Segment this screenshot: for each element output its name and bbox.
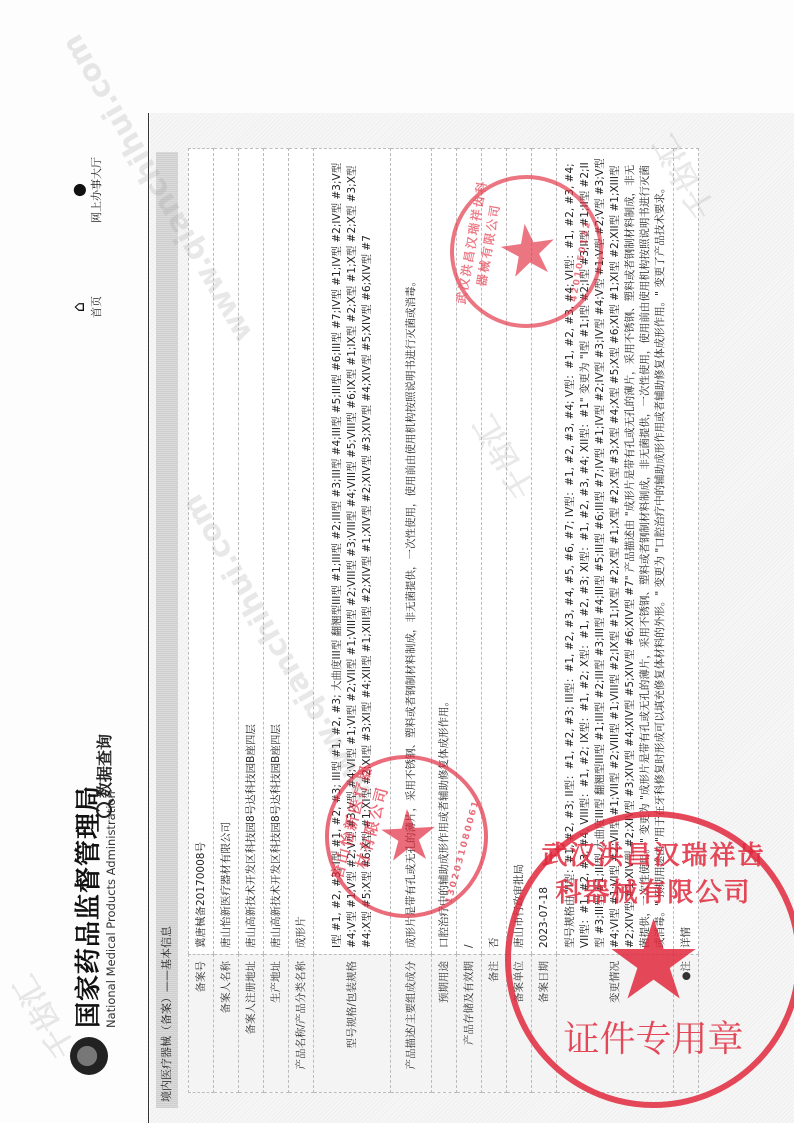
row-label: 预期用途 [432,955,457,1093]
table-row: 型号规格/包装规格 I型 #1, #2, #3; I型 #1, #2, #3; … [314,149,391,1093]
stamp-subtitle: 证件专用章 [511,1011,794,1062]
brand-title-cn: 国家药品监督管理局 [68,785,105,1028]
row-label: 产品描述/主要组成成分 [391,955,432,1093]
row-label: 型号规格/包装规格 [314,955,391,1093]
row-label: 备注 [482,955,507,1093]
data-query-link[interactable]: 数据查询 [92,734,115,818]
nav-online-hall-label: 网上办事大厅 [88,157,104,223]
row-value: 唐山怡新医疗器材有限公司 [214,149,239,955]
row-value: 冀唐械备20170008号 [189,149,214,955]
home-icon: ⌂ [70,302,88,312]
brand-title-en: National Medical Products Administration [104,791,118,1028]
row-label: 生产地址 [264,955,289,1093]
row-label: 产品名称/产品分类名称 [289,955,314,1093]
header-divider [148,113,149,1123]
data-query-label: 数据查询 [92,734,115,798]
table-row: 备案号 冀唐械备20170008号 [189,149,214,1093]
nav-home-label: 首页 [88,296,104,318]
table-row: 预期用途 口腔治疗中的辅助成形作用或者辅助修复体成形作用。 [432,149,457,1093]
star-icon: ★ [604,905,703,1015]
site-header: 国家药品监督管理局 National Medical Products Admi… [0,0,150,1123]
stamp-certificate-seal: ★ 武汉洪昌汉瑞祥齿科器械有限公司 证件专用章 [505,811,794,1108]
table-row: 生产地址 唐山高新技术开发区科技园8号达科技园B座四层 [264,149,289,1093]
rotated-document-page: 国家药品监督管理局 National Medical Products Admi… [0,0,794,1123]
row-value: 唐山高新技术开发区科技园8号达科技园B座四层 [239,149,264,955]
nav-online-hall[interactable]: ● 网上办事大厅 [70,157,104,223]
row-label: 备案人注册地址 [239,955,264,1093]
row-value: 唐山高新技术开发区科技园8号达科技园B座四层 [264,149,289,955]
row-value: 成形片 [289,149,314,955]
search-icon [96,802,112,818]
breadcrumb: 境内医疗器械（备案）——基本信息 [156,152,178,1108]
row-label: 备案号 [189,955,214,1093]
table-row: 产品名称/产品分类名称 成形片 [289,149,314,1093]
nav-home[interactable]: ⌂ 首页 [70,296,104,318]
table-row: 备案人注册地址 唐山高新技术开发区科技园8号达科技园B座四层 [239,149,264,1093]
stamp-text: 武汉洪昌汉瑞祥齿科器械有限公司 [531,835,776,909]
table-row: 产品描述/主要组成成分 成形片是带有孔或无孔的薄片，采用不锈钢、塑料或者钢制材料… [391,149,432,1093]
user-group-icon: ● [70,183,88,197]
row-label: 备案人名称 [214,955,239,1093]
row-label: 产品存储及有效期 [457,955,482,1093]
table-row: 备案人名称 唐山怡新医疗器材有限公司 [214,149,239,1093]
national-emblem-icon [70,1037,108,1075]
